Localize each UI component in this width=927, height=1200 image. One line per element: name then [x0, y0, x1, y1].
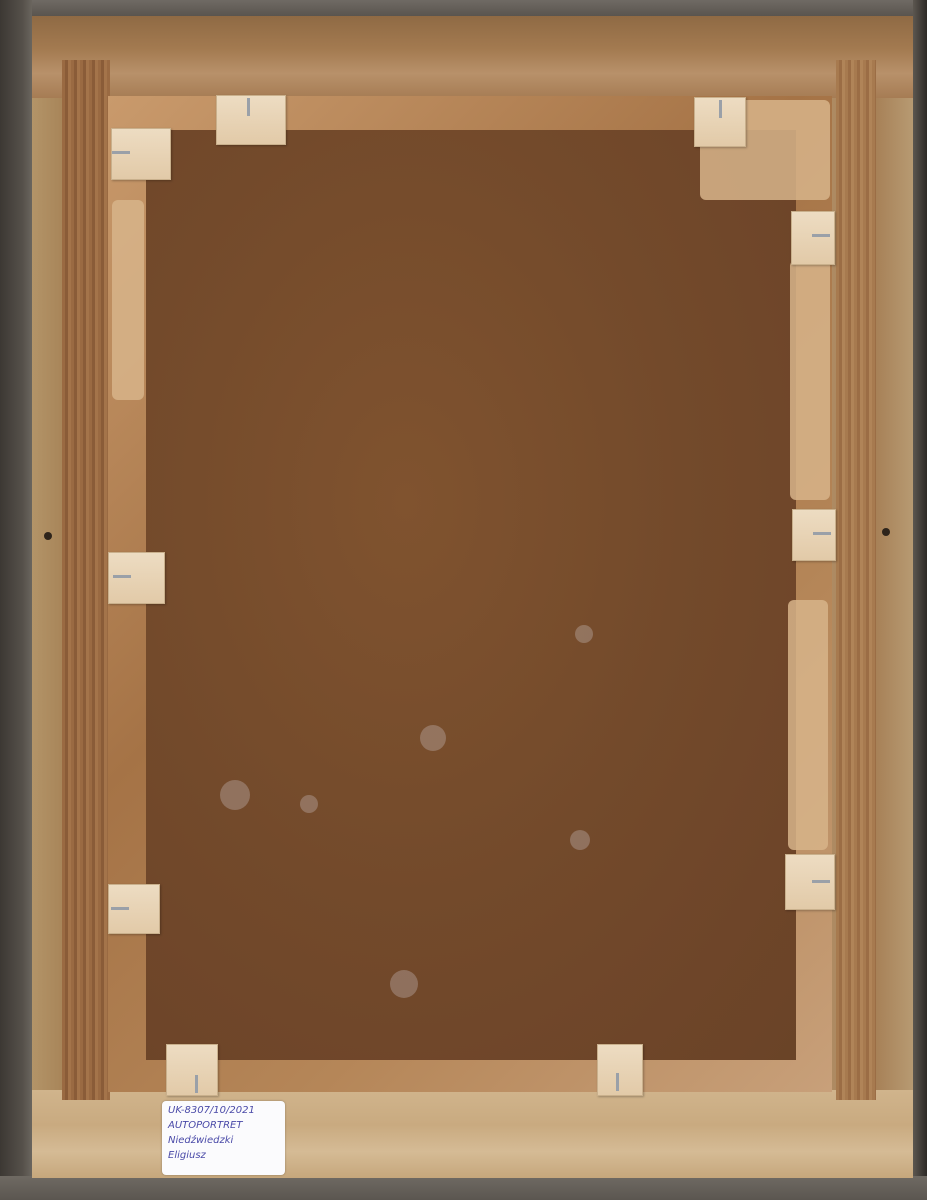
retaining-tab: [597, 1044, 643, 1096]
retaining-tab: [166, 1044, 218, 1096]
stain: [300, 795, 318, 813]
stain: [575, 625, 593, 643]
retaining-tab: [785, 854, 835, 910]
retaining-tab: [111, 128, 171, 180]
stain: [420, 725, 446, 751]
retaining-tab: [791, 211, 835, 265]
retaining-tab: [108, 884, 160, 934]
framed-painting-back-photo: UK-8307/10/2021 AUTOPORTRET Niedźwiedzki…: [0, 0, 927, 1200]
stain: [390, 970, 418, 998]
outer-frame-bottom: [0, 1176, 927, 1200]
worn-paper-patch: [788, 600, 828, 850]
outer-frame-left: [0, 0, 32, 1200]
stain: [570, 830, 590, 850]
wooden-frame-right-rail: [836, 60, 876, 1100]
inventory-label: UK-8307/10/2021 AUTOPORTRET Niedźwiedzki…: [162, 1101, 285, 1175]
frame-hole-left: [44, 532, 52, 540]
frame-hole-right: [882, 528, 890, 536]
artist-firstname: Eligiusz: [168, 1148, 279, 1163]
artist-surname: Niedźwiedzki: [168, 1133, 279, 1148]
retaining-tab: [216, 95, 286, 145]
retaining-tab: [792, 509, 836, 561]
painting-board-back: [146, 130, 796, 1060]
retaining-tab: [108, 552, 165, 604]
retaining-tab: [694, 97, 746, 147]
wooden-frame-left-rail: [62, 60, 110, 1100]
wooden-frame-top-rail: [32, 16, 913, 98]
inventory-number: UK-8307/10/2021: [168, 1103, 279, 1118]
outer-frame-right: [913, 0, 927, 1200]
worn-paper-patch: [790, 260, 830, 500]
worn-paper-patch: [112, 200, 144, 400]
artwork-title: AUTOPORTRET: [168, 1118, 279, 1133]
stain: [220, 780, 250, 810]
